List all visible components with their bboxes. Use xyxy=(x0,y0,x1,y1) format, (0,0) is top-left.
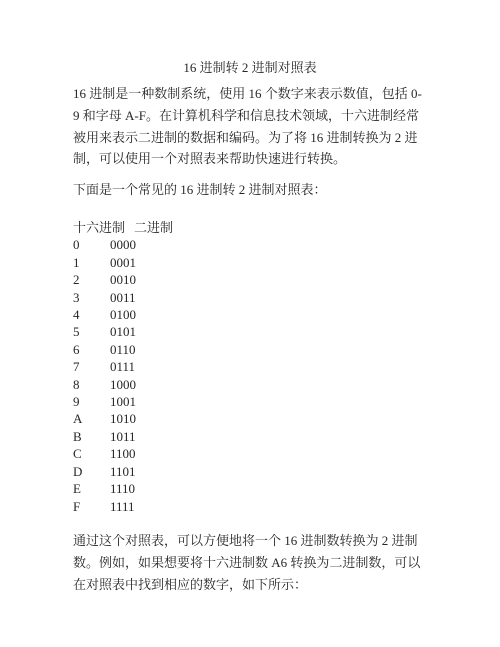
intro-line: 被用来表示二进制的数据和编码。为了将 16 进制转换为 2 进 xyxy=(73,127,422,149)
table-row: E1110 xyxy=(73,480,173,497)
hex-header-label: 十六进制 xyxy=(73,219,125,236)
table-row: B1011 xyxy=(73,428,173,445)
hex-cell: A xyxy=(73,410,110,427)
hex-cell: 8 xyxy=(73,376,110,393)
bin-cell: 1111 xyxy=(110,499,135,514)
bin-cell: 0101 xyxy=(110,324,136,339)
table-row: A1010 xyxy=(73,410,173,427)
hex-cell: 2 xyxy=(73,271,110,288)
bin-cell: 0001 xyxy=(110,255,136,270)
conversion-table: 十六进制二进制 00000 10001 20010 30011 40100 50… xyxy=(73,219,173,515)
document-page: 16 进制转 2 进制对照表 16 进制是一种数制系统，使用 16 个数字来表示… xyxy=(0,0,500,647)
bin-cell: 0010 xyxy=(110,272,136,287)
table-row: D1101 xyxy=(73,463,173,480)
table-row: 81000 xyxy=(73,376,173,393)
intro-paragraph: 16 进制是一种数制系统，使用 16 个数字来表示数值，包括 0- 9 和字母 … xyxy=(73,83,422,170)
table-row: 70111 xyxy=(73,358,173,375)
table-row: 00000 xyxy=(73,236,173,253)
bin-cell: 1011 xyxy=(110,429,136,444)
table-row: 50101 xyxy=(73,323,173,340)
hex-cell: E xyxy=(73,480,110,497)
bin-cell: 0110 xyxy=(110,342,136,357)
table-row: 60110 xyxy=(73,341,173,358)
table-row: F1111 xyxy=(73,498,173,515)
hex-cell: B xyxy=(73,428,110,445)
bin-cell: 1000 xyxy=(110,377,136,392)
bin-cell: 1010 xyxy=(110,411,136,426)
hex-cell: F xyxy=(73,498,110,515)
hex-cell: 6 xyxy=(73,341,110,358)
hex-cell: 9 xyxy=(73,393,110,410)
table-row: 91001 xyxy=(73,393,173,410)
bin-cell: 1110 xyxy=(110,481,135,496)
intro-line: 16 进制是一种数制系统，使用 16 个数字来表示数值，包括 0- xyxy=(73,83,422,105)
table-header-row: 十六进制二进制 xyxy=(73,219,173,236)
table-row: C1100 xyxy=(73,445,173,462)
table-row: 10001 xyxy=(73,254,173,271)
bin-cell: 1001 xyxy=(110,394,136,409)
bin-header-label: 二进制 xyxy=(134,220,173,235)
outro-line: 在对照表中找到相应的数字，如下所示： xyxy=(73,574,420,596)
outro-paragraph: 通过这个对照表，可以方便地将一个 16 进制数转换为 2 进制 数。例如，如果想… xyxy=(73,530,420,595)
intro-line: 制，可以使用一个对照表来帮助快速进行转换。 xyxy=(73,148,422,170)
hex-cell: C xyxy=(73,445,110,462)
hex-cell: 3 xyxy=(73,289,110,306)
bin-cell: 0111 xyxy=(110,359,135,374)
page-title: 16 进制转 2 进制对照表 xyxy=(0,57,500,79)
hex-cell: D xyxy=(73,463,110,480)
lead-in-line: 下面是一个常见的 16 进制转 2 进制对照表： xyxy=(73,179,327,201)
bin-cell: 0011 xyxy=(110,290,136,305)
outro-line: 数。例如，如果想要将十六进制数 A6 转换为二进制数，可以 xyxy=(73,552,420,574)
hex-cell: 5 xyxy=(73,323,110,340)
intro-line: 9 和字母 A-F。在计算机科学和信息技术领域，十六进制经常 xyxy=(73,105,422,127)
bin-cell: 0100 xyxy=(110,307,136,322)
outro-line: 通过这个对照表，可以方便地将一个 16 进制数转换为 2 进制 xyxy=(73,530,420,552)
bin-cell: 1100 xyxy=(110,446,136,461)
hex-cell: 1 xyxy=(73,254,110,271)
table-row: 30011 xyxy=(73,289,173,306)
bin-cell: 1101 xyxy=(110,464,136,479)
hex-cell: 7 xyxy=(73,358,110,375)
hex-cell: 0 xyxy=(73,236,110,253)
table-row: 40100 xyxy=(73,306,173,323)
bin-cell: 0000 xyxy=(110,237,136,252)
hex-cell: 4 xyxy=(73,306,110,323)
table-row: 20010 xyxy=(73,271,173,288)
